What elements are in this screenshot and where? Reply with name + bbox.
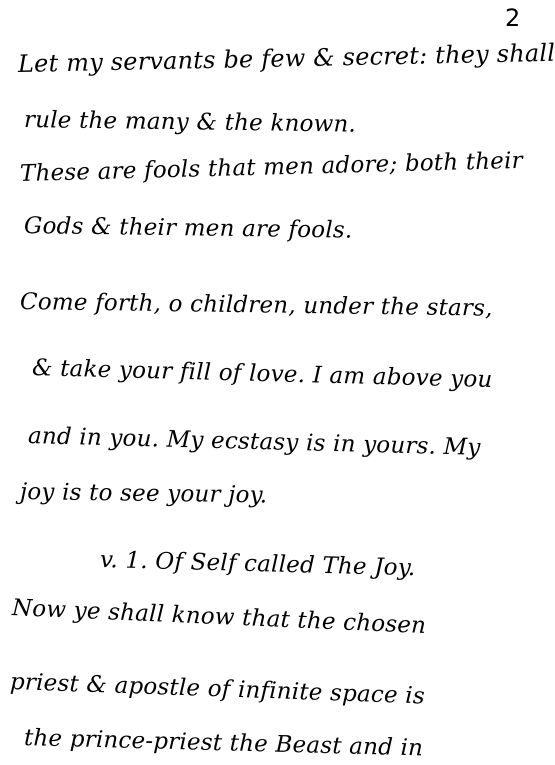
manuscript-page: 2 Let my servants be few & secret: they … xyxy=(0,0,555,765)
manuscript-line: Gods & their men are fools. xyxy=(24,212,353,245)
manuscript-line: rule the many & the known. xyxy=(24,106,356,139)
manuscript-line: Let my servants be few & secret: they sh… xyxy=(18,39,555,78)
manuscript-line: These are fools that men adore; both the… xyxy=(20,147,524,188)
manuscript-line: and in you. My ecstasy is in yours. My xyxy=(28,422,481,462)
manuscript-line: Now ye shall know that the chosen xyxy=(11,594,426,640)
manuscript-line: joy is to see your joy. xyxy=(20,478,268,509)
manuscript-line: priest & apostle of infinite space is xyxy=(10,668,426,710)
page-number: 2 xyxy=(505,4,520,32)
manuscript-line: v. 1. Of Self called The Joy. xyxy=(100,546,416,582)
manuscript-line: & take your fill of love. I am above you xyxy=(32,354,493,394)
manuscript-line: Come forth, o children, under the stars, xyxy=(20,288,493,323)
manuscript-line: the prince-priest the Beast and in xyxy=(24,724,424,762)
